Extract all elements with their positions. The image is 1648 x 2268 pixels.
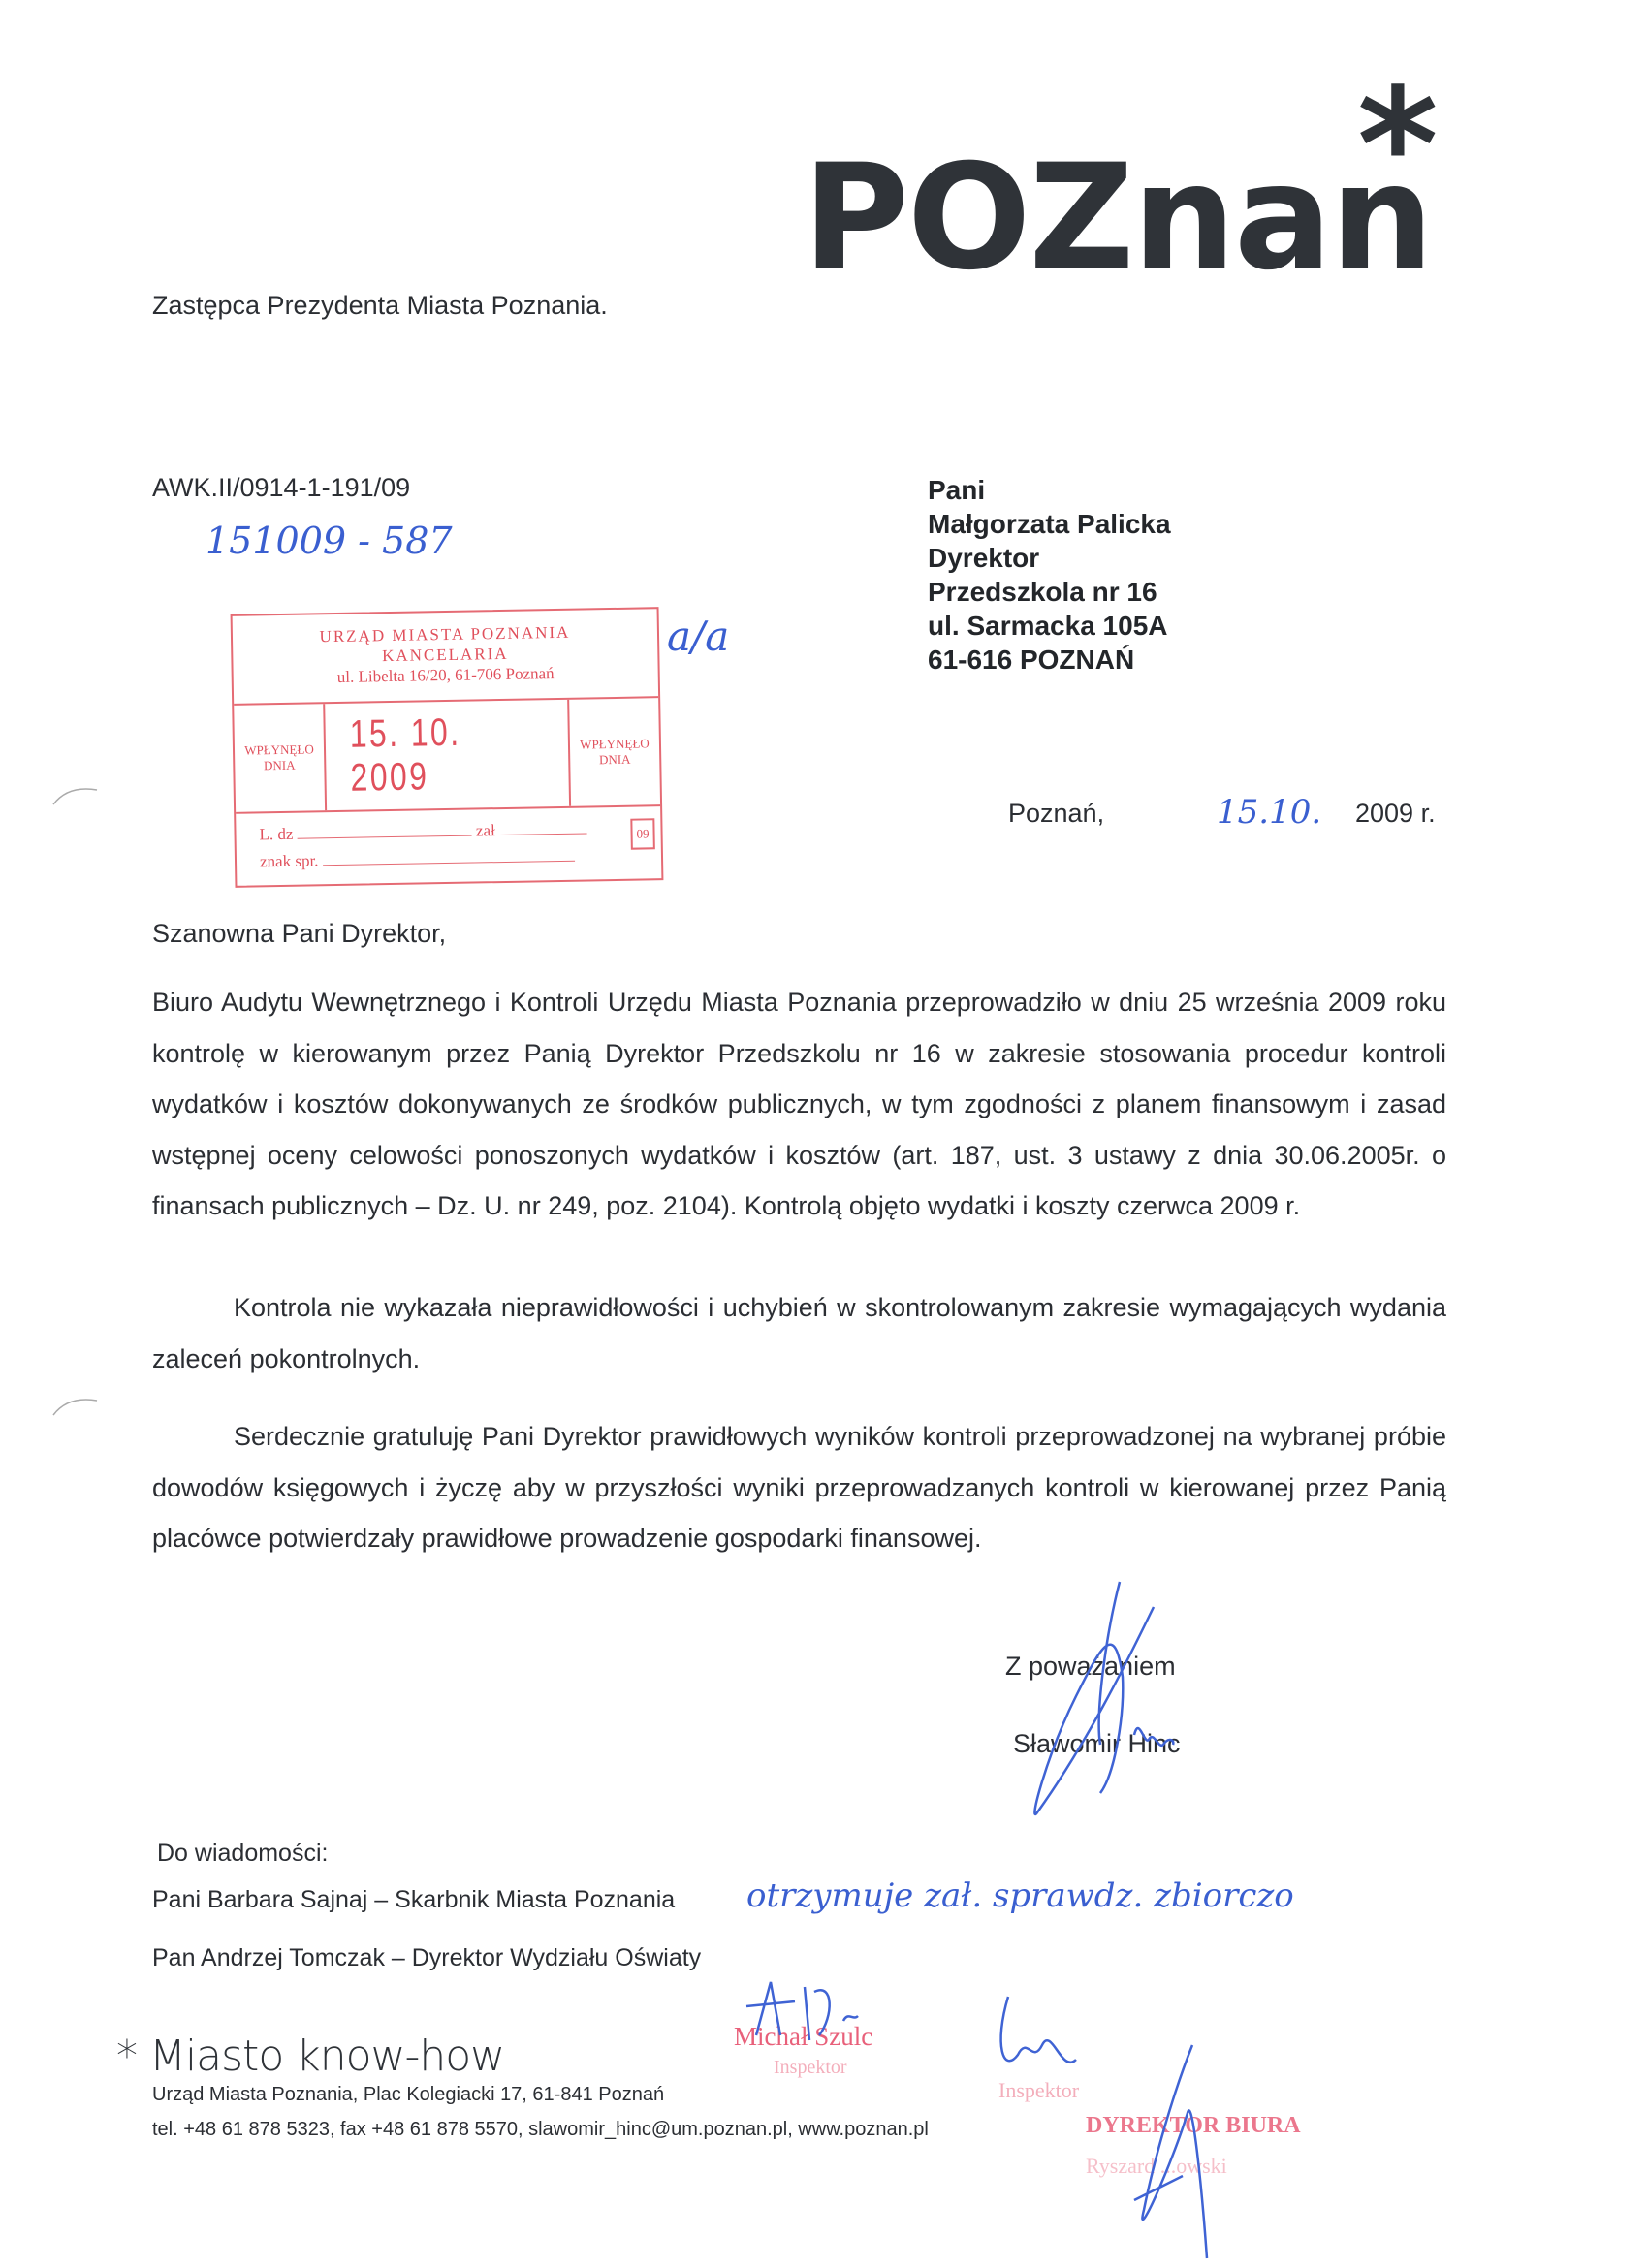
addressee-title: Dyrektor	[928, 541, 1171, 575]
year: 2009 r.	[1355, 799, 1436, 829]
stamp-received-label: WPŁYNĘŁO DNIA	[234, 704, 327, 812]
reference-number: AWK.II/0914-1-191/09	[152, 473, 410, 503]
stamp-received-label: WPŁYNĘŁO DNIA	[567, 698, 660, 806]
handwritten-date: 15.10.	[1217, 793, 1321, 832]
approver-role-stamp: Inspektor	[774, 2057, 847, 2079]
footer-address: Urząd Miasta Poznania, Plac Kolegiacki 1…	[152, 2084, 664, 2106]
body-paragraph-3: Serdecznie gratuluję Pani Dyrektor prawi…	[152, 1411, 1446, 1564]
footer-slogan: * Miasto know-how	[116, 2032, 504, 2081]
footer-contact: tel. +48 61 878 5323, fax +48 61 878 557…	[152, 2119, 929, 2141]
addressee-line: Pani	[928, 473, 1171, 507]
handwritten-cc-note: otrzymuje zał. sprawdz. zbiorczo	[746, 1876, 1294, 1915]
asterisk-icon: *	[1357, 68, 1439, 223]
addressee-city: 61-616 POZNAŃ	[928, 643, 1171, 677]
stamp-ldz-label: L. dz	[259, 825, 293, 844]
stamp-zal-label: zał	[476, 821, 495, 839]
salutation: Szanowna Pani Dyrektor,	[152, 919, 446, 949]
addressee-street: ul. Sarmacka 105A	[928, 609, 1171, 643]
addressee-name: Małgorzata Palicka	[928, 507, 1171, 541]
addressee-block: Pani Małgorzata Palicka Dyrektor Przedsz…	[928, 473, 1171, 677]
poznan-logo: POZnan	[803, 145, 1432, 291]
margin-mark-icon	[48, 775, 107, 814]
director-signature-icon	[1115, 2035, 1251, 2268]
addressee-institution: Przedszkola nr 16	[928, 575, 1171, 609]
cc-recipient: Pani Barbara Sajnaj – Skarbnik Miasta Po…	[152, 1886, 675, 1914]
margin-mark-icon	[48, 1386, 107, 1425]
stamp-box-number: 09	[630, 818, 655, 849]
stamp-date: 15. 10. 2009	[349, 700, 545, 809]
stamp-header: URZĄD MIASTA POZNANIA KANCELARIA ul. Lib…	[233, 609, 659, 706]
sender-office: Zastępca Prezydenta Miasta Poznania.	[152, 291, 608, 321]
cc-recipient: Pan Andrzej Tomczak – Dyrektor Wydziału …	[152, 1944, 701, 1972]
body-paragraph-1: Biuro Audytu Wewnętrznego i Kontroli Urz…	[152, 977, 1446, 1232]
stamp-case-label: znak spr.	[260, 851, 319, 870]
initials-scribble-icon	[737, 1977, 931, 2045]
handwritten-note: a/a	[667, 613, 729, 660]
cc-title: Do wiadomości:	[157, 1840, 328, 1868]
place: Poznań,	[1008, 799, 1104, 829]
handwritten-reference: 151009 - 587	[206, 520, 453, 562]
body-paragraph-2: Kontrola nie wykazała nieprawidłowości i…	[152, 1282, 1446, 1384]
registry-stamp: URZĄD MIASTA POZNANIA KANCELARIA ul. Lib…	[231, 607, 664, 888]
signature-scribble-icon	[1008, 1580, 1202, 1832]
